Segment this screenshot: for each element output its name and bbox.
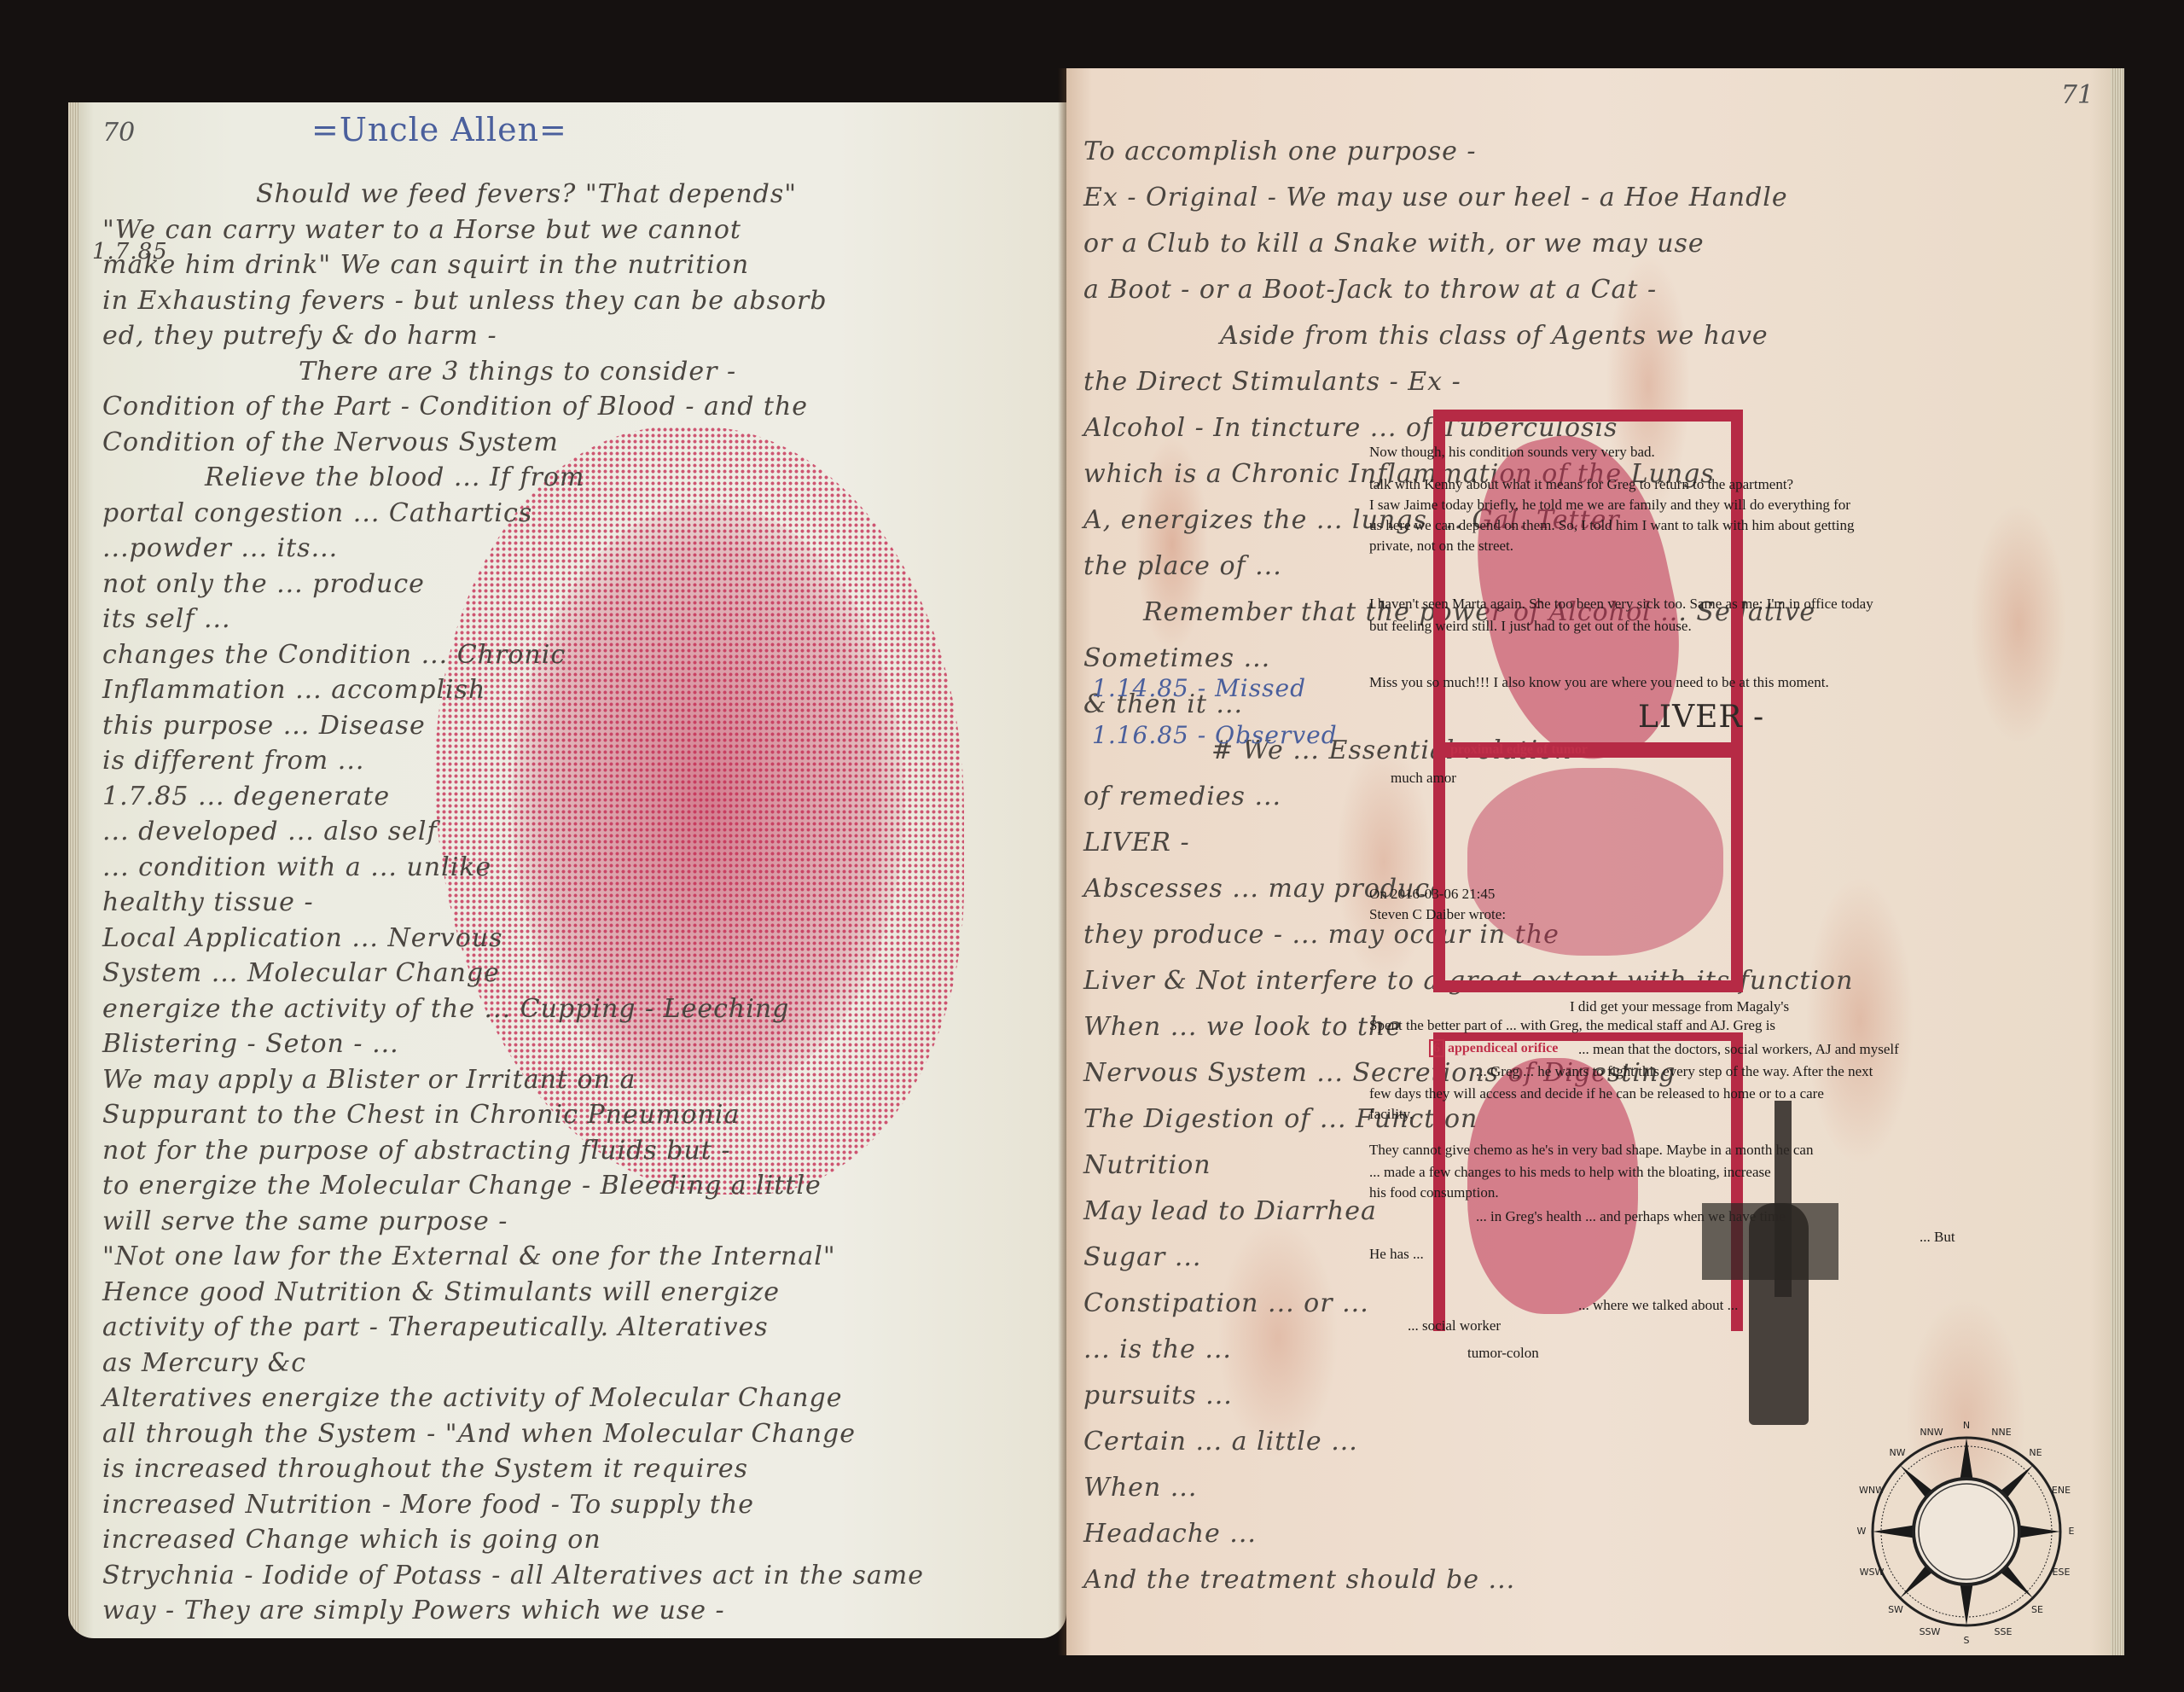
left-page: 70 =Uncle Allen= 1.7.85 Should we feed f… [68, 102, 1066, 1638]
handwritten-line: will serve the same purpose - [102, 1206, 508, 1236]
left-page-edges [68, 102, 78, 1638]
red-label-text: appendiceal orifice [1448, 1041, 1558, 1055]
handwritten-line: System ... Molecular Change [102, 958, 500, 988]
handwritten-line: this purpose ... Disease [102, 711, 426, 741]
svg-text:S: S [1964, 1635, 1970, 1646]
typed-line: Miss you so much!!! I also know you are … [1369, 674, 1829, 691]
typed-line: few days they will access and decide if … [1369, 1085, 1824, 1102]
handwritten-line: to energize the Molecular Change - Bleed… [102, 1171, 822, 1201]
right-page-number: 71 [2061, 80, 2094, 110]
handwritten-line: Constipation ... or ... [1083, 1288, 1369, 1318]
typed-line: I did get your message from Magaly's [1570, 998, 1789, 1015]
handwritten-line: Hence good Nutrition & Stimulants will e… [102, 1277, 780, 1307]
typed-line: I saw Jaime today briefly, he told me we… [1369, 497, 1850, 514]
svg-text:SSE: SSE [1995, 1626, 2013, 1637]
svg-text:ENE: ENE [2052, 1485, 2071, 1496]
typed-line: ... Greg ... he wants to fight this ever… [1476, 1063, 1873, 1080]
handwritten-line: Blistering - Seton - ... [102, 1029, 399, 1059]
handwritten-line: not only the ... produce [102, 569, 425, 599]
handwritten-line: activity of the part - Therapeutically. … [102, 1312, 769, 1342]
handwritten-line: Alteratives energize the activity of Mol… [102, 1383, 842, 1413]
handwritten-line: Condition of the Part - Condition of Blo… [102, 392, 808, 422]
svg-text:N: N [1963, 1420, 1970, 1431]
typed-line: They cannot give chemo as he's in very b… [1369, 1142, 1813, 1159]
handwritten-line: Headache ... [1083, 1519, 1257, 1549]
handwritten-line: its self ... [102, 604, 231, 634]
typed-line: ... But [1920, 1229, 1955, 1246]
handwritten-line: We may apply a Blister or Irritant on a [102, 1065, 636, 1095]
handwritten-line: Aside from this class of Agents we have [1220, 321, 1769, 351]
handwritten-line: increased Change which is going on [102, 1525, 601, 1555]
typed-line: Spent the better part of ... with Greg, … [1369, 1017, 1775, 1034]
svg-text:NNE: NNE [1991, 1427, 2011, 1438]
handwritten-line: And the treatment should be ... [1083, 1565, 1515, 1595]
handwritten-line: of remedies ... [1083, 782, 1281, 811]
handwritten-line: Condition of the Nervous System [102, 427, 559, 457]
red-stamp-frame-mid [1433, 742, 1743, 992]
handwritten-line: When ... [1083, 1473, 1197, 1503]
svg-text:ESE: ESE [2053, 1567, 2071, 1578]
handwritten-line: Sometimes ... [1083, 643, 1270, 673]
left-page-number: 70 [102, 118, 135, 148]
typed-line: Steven C Daiber wrote: [1369, 906, 1506, 923]
svg-text:W: W [1857, 1526, 1867, 1537]
handwritten-line: Certain ... a little ... [1083, 1427, 1358, 1457]
handwritten-line: "We can carry water to a Horse but we ca… [102, 215, 741, 245]
handwritten-line: the place of ... [1083, 551, 1282, 581]
typed-line: private, not on the street. [1369, 538, 1513, 555]
typed-line: He has ... [1369, 1246, 1424, 1263]
typed-line: ... made a few changes to his meds to he… [1369, 1164, 1771, 1181]
compass-rose-icon: N NNE NE ENE E ESE SE SSE S SSW SW WSW W… [1851, 1416, 2082, 1647]
typed-line: Now though, his condition sounds very ve… [1369, 444, 1655, 461]
handwritten-line: ed, they putrefy & do harm - [102, 321, 497, 351]
handwritten-line: not for the purpose of abstracting fluid… [102, 1136, 731, 1166]
red-label-badge: 6 [1429, 1039, 1444, 1057]
handwritten-line: portal congestion ... Cathartics [102, 498, 532, 528]
liver-heading: LIVER - [1638, 700, 1764, 735]
handwritten-line: Should we feed fevers? "That depends" [256, 179, 797, 209]
handwritten-line: way - They are simply Powers which we us… [102, 1596, 725, 1625]
svg-text:SSW: SSW [1920, 1626, 1941, 1637]
typed-line: much amor [1391, 770, 1456, 787]
handwritten-line: "Not one law for the External & one for … [102, 1241, 836, 1271]
svg-text:NW: NW [1889, 1447, 1905, 1458]
handwritten-line: healthy tissue - [102, 887, 314, 917]
handwritten-line: Strychnia - Iodide of Potass - all Alter… [102, 1561, 924, 1590]
typed-line: but feeling weird still. I just had to g… [1369, 618, 1692, 635]
typed-line: I haven't seen Marta again. She too been… [1369, 596, 1873, 613]
handwritten-line: The Digestion of ... Function [1083, 1104, 1478, 1134]
handwritten-line: as Mercury &c [102, 1348, 306, 1378]
svg-text:WNW: WNW [1859, 1485, 1885, 1496]
typed-line: On 2016-03-06 21:45 [1369, 886, 1495, 903]
handwritten-line: Local Application ... Nervous [102, 923, 503, 953]
blue-date-1: 1.14.85 - Missed [1092, 674, 1306, 702]
right-page: 71 To accomplish one purpose -Ex - Origi… [1066, 68, 2124, 1655]
handwritten-line: Nutrition [1083, 1150, 1211, 1180]
handwritten-line: May lead to Diarrhea [1083, 1196, 1377, 1226]
red-label-appendiceal: 6appendiceal orifice [1429, 1041, 1558, 1056]
handwritten-line: is increased throughout the System it re… [102, 1454, 748, 1484]
handwritten-line: the Direct Stimulants - Ex - [1083, 367, 1461, 397]
handwritten-line: is different from ... [102, 746, 364, 776]
handwritten-line: There are 3 things to consider - [299, 357, 736, 387]
handwritten-line: Suppurant to the Chest in Chronic Pneumo… [102, 1100, 740, 1130]
handwritten-line: or a Club to kill a Snake with, or we ma… [1083, 229, 1705, 259]
handwritten-line: ...powder ... its... [102, 533, 338, 563]
handwritten-line: all through the System - "And when Molec… [102, 1419, 856, 1449]
open-book-spread: 70 =Uncle Allen= 1.7.85 Should we feed f… [68, 51, 2133, 1647]
svg-text:WSW: WSW [1860, 1567, 1885, 1578]
handwritten-line: Sugar ... [1083, 1242, 1201, 1272]
handwritten-line: increased Nutrition - More food - To sup… [102, 1490, 754, 1520]
typed-line: ... mean that the doctors, social worker… [1578, 1041, 1899, 1058]
red-label-proximal-edge: proximal edge of tumor [1450, 742, 1588, 758]
blue-date-2: 1.16.85 - Observed [1092, 721, 1338, 749]
handwritten-line: ... developed ... also self [102, 817, 438, 846]
handwritten-line: energize the activity of the ... Cupping… [102, 994, 789, 1024]
handwritten-line: pursuits ... [1083, 1381, 1233, 1410]
handwritten-line: Relieve the blood ... If from [205, 462, 584, 492]
svg-text:SW: SW [1888, 1604, 1903, 1615]
handwritten-line: ... condition with a ... unlike [102, 852, 491, 882]
handwritten-line: a Boot - or a Boot-Jack to throw at a Ca… [1083, 275, 1657, 305]
page-header-uncle-allen: =Uncle Allen= [311, 111, 567, 148]
handwritten-line: Ex - Original - We may use our heel - a … [1083, 183, 1788, 212]
svg-text:NNW: NNW [1920, 1427, 1943, 1438]
svg-text:SE: SE [2031, 1604, 2043, 1615]
handwritten-line: Inflammation ... accomplish [102, 675, 485, 705]
handwritten-line: To accomplish one purpose - [1083, 137, 1477, 166]
typed-line: facility. [1369, 1106, 1413, 1123]
handwritten-line: 1.7.85 ... degenerate [102, 782, 390, 811]
handwritten-line: changes the Condition ... Chronic [102, 640, 566, 670]
typed-line: tumor-colon [1467, 1345, 1539, 1362]
person-figure [1749, 1203, 1809, 1425]
handwritten-line: in Exhausting fevers - but unless they c… [102, 286, 828, 316]
typed-line: us here we can depend on them. So, I tol… [1369, 517, 1854, 534]
typed-line: ... social worker [1408, 1317, 1501, 1334]
typed-line: his food consumption. [1369, 1184, 1499, 1201]
handwritten-line: ... is the ... [1083, 1334, 1232, 1364]
handwritten-line: When ... we look to the [1083, 1012, 1402, 1042]
handwritten-line: make him drink" We can squirt in the nut… [102, 250, 749, 280]
typed-line: ... where we talked about ... [1578, 1297, 1738, 1314]
right-page-edges [2111, 68, 2124, 1655]
svg-text:E: E [2069, 1526, 2075, 1537]
handwritten-line: LIVER - [1083, 828, 1190, 858]
svg-text:NE: NE [2029, 1447, 2042, 1458]
typed-line: talk with Kenny about what it means for … [1369, 476, 1793, 493]
